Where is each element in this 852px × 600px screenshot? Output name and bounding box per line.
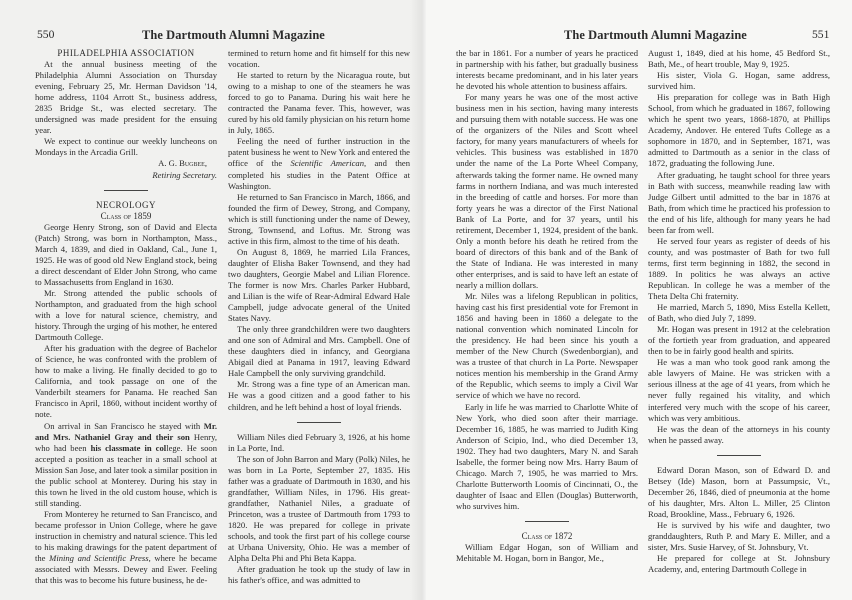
paragraph: Edward Doran Mason, son of Edward D. and… <box>648 465 830 520</box>
class-heading-1872: Class of 1872 <box>456 531 638 542</box>
class-heading-1859: Class of 1859 <box>35 211 217 222</box>
paragraph: He married, March 5, 1890, Miss Estella … <box>648 302 830 324</box>
paragraph: Mr. Strong attended the public schools o… <box>35 288 217 343</box>
page-number: 550 <box>37 28 54 41</box>
section-divider <box>717 455 761 456</box>
paragraph: The son of John Barron and Mary (Polk) N… <box>228 454 410 564</box>
paragraph: For many years he was one of the most ac… <box>456 92 638 291</box>
italic-publication-title: Mining and Scientific Press <box>49 553 148 563</box>
left-page: 550 The Dartmouth Alumni Magazine PHILAD… <box>0 0 426 600</box>
paragraph: He served four years as register of deed… <box>648 236 830 302</box>
paragraph: We expect to continue our weekly luncheo… <box>35 136 217 158</box>
paragraph: Early in life he was married to Charlott… <box>456 402 638 512</box>
paragraph: He prepared for college at St. Johnsbury… <box>648 553 830 575</box>
left-running-head: The Dartmouth Alumni Magazine <box>142 28 325 43</box>
section-heading-necrology: NECROLOGY <box>35 200 217 211</box>
paragraph: Mr. Strong was a fine type of an America… <box>228 379 410 412</box>
paragraph: His sister, Viola G. Hogan, same address… <box>648 70 830 92</box>
paragraph: William Edgar Hogan, son of William and … <box>456 542 638 564</box>
paragraph: He is survived by his wife and daughter,… <box>648 520 830 553</box>
section-divider <box>297 422 341 423</box>
paragraph: After graduating, he taught school for t… <box>648 170 830 236</box>
paragraph-arrival: On arrival in San Francisco he stayed wi… <box>35 421 217 509</box>
paragraph: After graduation he took up the study of… <box>228 564 410 586</box>
paragraph: At the annual business meeting of the Ph… <box>35 59 217 136</box>
left-page-number: 550 <box>37 28 54 41</box>
paragraph: termined to return home and fit himself … <box>228 48 410 70</box>
column-2: termined to return home and fit himself … <box>228 48 410 586</box>
paragraph: He was the dean of the attorneys in his … <box>648 424 830 446</box>
running-head-title: The Dartmouth Alumni Magazine <box>142 28 325 42</box>
column-4: August 1, 1849, died at his home, 45 Bed… <box>648 48 830 575</box>
magazine-spread: 550 The Dartmouth Alumni Magazine PHILAD… <box>0 0 852 600</box>
paragraph: Mr. Hogan was present in 1912 at the cel… <box>648 324 830 357</box>
paragraph: William Niles died February 3, 1926, at … <box>228 432 410 454</box>
paragraph-monterey: From Monterey he returned to San Francis… <box>35 509 217 586</box>
running-head-title: The Dartmouth Alumni Magazine <box>564 28 747 42</box>
section-heading-philadelphia: PHILADELPHIA ASSOCIATION <box>35 48 217 59</box>
paragraph: the bar in 1861. For a number of years h… <box>456 48 638 92</box>
right-page-number: 551 <box>812 28 829 41</box>
signature-name: A. G. Bugbee, <box>35 158 217 169</box>
column-1: PHILADELPHIA ASSOCIATION At the annual b… <box>35 48 217 586</box>
paragraph: George Henry Strong, son of David and El… <box>35 222 217 288</box>
paragraph: The only three grandchildren were two da… <box>228 324 410 379</box>
paragraph: He was a man who took good rank among th… <box>648 357 830 423</box>
right-page: The Dartmouth Alumni Magazine 551 the ba… <box>426 0 852 600</box>
page-number: 551 <box>812 28 829 41</box>
paragraph: On August 8, 1869, he married Lila Franc… <box>228 247 410 324</box>
paragraph-patent: Feeling the need of further instruction … <box>228 136 410 191</box>
italic-publication-title: Scientific American <box>290 158 364 168</box>
paragraph: Mr. Niles was a lifelong Republican in p… <box>456 291 638 401</box>
signature-role: Retiring Secretary. <box>35 170 217 181</box>
column-3: the bar in 1861. For a number of years h… <box>456 48 638 564</box>
paragraph: He started to return by the Nicaragua ro… <box>228 70 410 136</box>
bold-text-run: his classmate in col <box>91 443 167 453</box>
text-run: On arrival in San Francisco he stayed wi… <box>44 421 204 431</box>
paragraph: He returned to San Francisco in March, 1… <box>228 192 410 247</box>
paragraph: His preparation for college was in Bath … <box>648 92 830 169</box>
section-divider <box>525 521 569 522</box>
section-divider <box>104 190 148 191</box>
right-running-head: The Dartmouth Alumni Magazine <box>564 28 747 43</box>
paragraph: August 1, 1849, died at his home, 45 Bed… <box>648 48 830 70</box>
paragraph: After his graduation with the degree of … <box>35 343 217 420</box>
